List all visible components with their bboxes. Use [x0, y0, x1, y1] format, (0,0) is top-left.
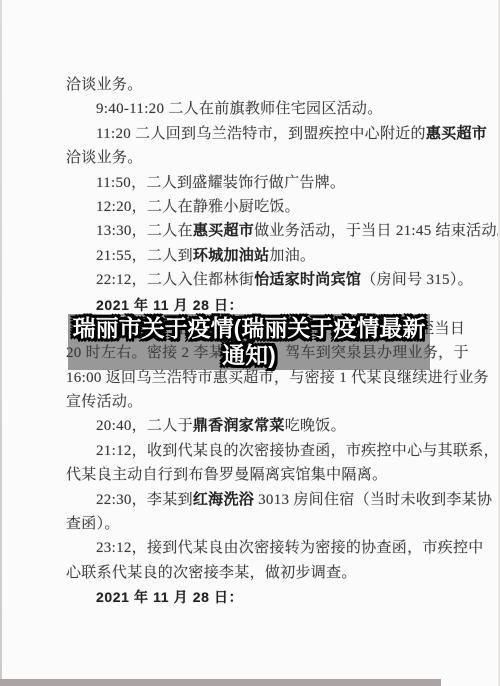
timeline-line: 代某良主动自行到布鲁罗曼隔离宾馆集中隔离。: [66, 463, 438, 487]
timeline-line: 21:55，二人到环城加油站加油。: [66, 244, 438, 268]
timeline-line: 22:12，二人入住都林街怡适家时尚宾馆（房间号 315）。: [66, 268, 438, 292]
body-text: 加油。: [269, 248, 315, 264]
body-text: 23:12，接到代某良由次密接转为密接的协查函，市疾控中: [96, 540, 484, 556]
highlighted-text: 惠买超市: [426, 126, 487, 142]
body-text: 洽谈业务。: [66, 150, 143, 166]
highlighted-text: 2021 年 11 月 28 日：: [96, 589, 243, 605]
highlighted-text: 环城加油站: [193, 248, 270, 264]
highlighted-text: 2021 年 11 月 28 日：: [96, 297, 243, 313]
document-page: 洽谈业务。9:40-11:20 二人在前旗教师住宅园区活动。11:20 二人回到…: [0, 0, 500, 686]
body-text: 13:30，二人在: [96, 223, 193, 239]
timeline-line: 22:30，李某到红海洗浴 3013 房间住宿（当时未收到李某协: [66, 488, 438, 512]
body-text: 22:30，李某到: [96, 492, 193, 508]
body-text: 心联系代某良的次密接李某，做初步调查。: [66, 565, 357, 581]
timeline-line: 洽谈业务。: [66, 146, 438, 170]
body-text: 3013 房间住宿（当时未收到李某协: [254, 492, 492, 508]
body-text: 吃晚饭。: [285, 418, 346, 434]
page-edge-shadow-bottom: [0, 679, 441, 686]
timeline-line: 11:50，二人到盛耀装饰行做广告牌。: [66, 171, 438, 195]
body-text: 查函）。: [66, 516, 120, 532]
timeline-line: 12:20，二人在静雅小厨吃饭。: [66, 195, 438, 219]
body-text: 21:55，二人到: [96, 248, 193, 264]
body-text: （房间号 315）。: [361, 272, 473, 288]
page-edge-shadow-left: [0, 0, 2, 686]
timeline-line: 查函）。: [66, 512, 438, 536]
timeline-line: 13:30，二人在惠买超市做业务活动，于当日 21:45 结束活动。: [66, 219, 438, 243]
timeline-line: 宣传活动。: [66, 390, 438, 414]
timeline-line: 23:12，接到代某良由次密接转为密接的协查函，市疾控中: [66, 536, 438, 560]
body-text: 9:40-11:20 二人在前旗教师住宅园区活动。: [96, 101, 383, 117]
timeline-line: 21:12，收到代某良的次密接协查函，市疾控中心与其联系，: [66, 439, 438, 463]
body-text: 12:20，二人在静雅小厨吃饭。: [96, 199, 300, 215]
highlighted-text: 惠买超市: [193, 223, 254, 239]
body-text: 做业务活动，于当日 21:45 结束活动。: [254, 223, 500, 239]
body-text: 11:50，二人到盛耀装饰行做广告牌。: [96, 175, 345, 191]
timeline-line: 2021 年 11 月 28 日：: [66, 585, 438, 609]
body-text: 洽谈业务。: [66, 77, 143, 93]
body-text: 22:12，二人入住都林街: [96, 272, 254, 288]
timeline-line: 20:40，二人于鼎香润家常菜吃晚饭。: [66, 414, 438, 438]
highlighted-text: 鼎香润家常菜: [193, 418, 285, 434]
timeline-line: 9:40-11:20 二人在前旗教师住宅园区活动。: [66, 97, 438, 121]
body-text: 代某良主动自行到布鲁罗曼隔离宾馆集中隔离。: [66, 467, 387, 483]
highlighted-text: 红海洗浴: [193, 492, 254, 508]
body-text: 16:00 返回乌兰浩特市惠买超市，与密接 1 代某良继续进行业务: [66, 370, 489, 386]
highlighted-text: 怡适家时尚宾馆: [254, 272, 361, 288]
body-text: 11:20 二人回到乌兰浩特市，到盟疾控中心附近的: [96, 126, 426, 142]
body-text: 20:40，二人于: [96, 418, 193, 434]
timeline-line: 11:20 二人回到乌兰浩特市，到盟疾控中心附近的惠买超市: [66, 122, 438, 146]
body-text: 21:12，收到代某良的次密接协查函，市疾控中心与其联系，: [96, 443, 499, 459]
overlay-title-line1: 瑞丽市关于疫情(瑞丽关于疫情最新: [73, 315, 426, 342]
overlay-title-line2: 通知): [222, 342, 276, 369]
timeline-line: 心联系代某良的次密接李某，做初步调查。: [66, 561, 438, 585]
body-text: 宣传活动。: [66, 394, 143, 410]
timeline-line: 洽谈业务。: [66, 73, 438, 97]
title-overlay-banner: 瑞丽市关于疫情(瑞丽关于疫情最新 通知): [68, 314, 430, 370]
